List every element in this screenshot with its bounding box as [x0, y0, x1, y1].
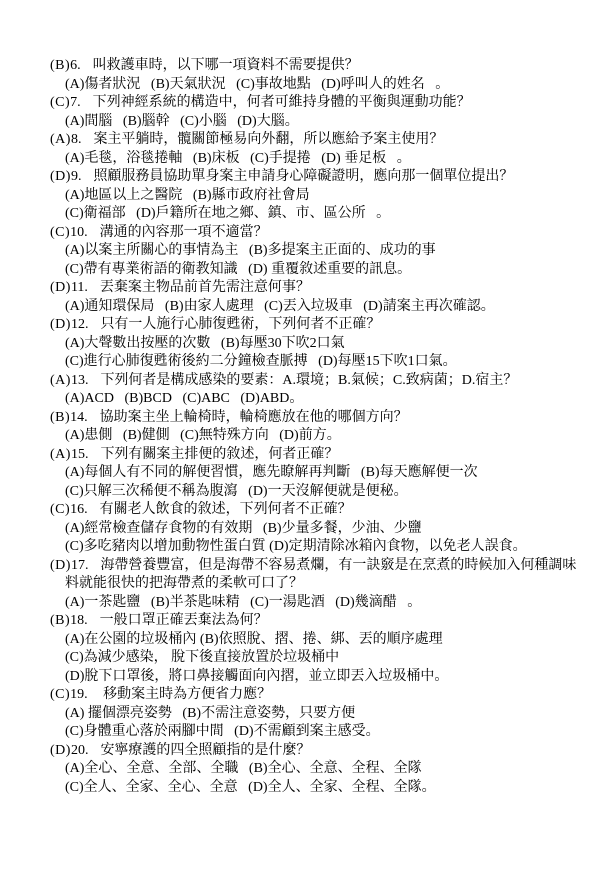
exam-page: (B)6.叫救護車時，以下哪一項資料不需要提供？(A)傷者狀況 (B)天氣狀況 …: [0, 0, 615, 872]
option-line: (C)衛福部 (D)戶籍所在地之鄉、鎮、市、區公所 。: [50, 205, 610, 224]
question-number: 6.: [70, 58, 81, 73]
question-stem-continuation: 料就能很快的把海帶煮的柔軟可口了？: [50, 575, 610, 594]
question-number: 14.: [70, 410, 88, 425]
question-header: (B)18.一般口罩正確丟棄法為何？: [50, 612, 610, 631]
option-line: (A)每個人有不同的解便習慣，應先瞭解再判斷 (B)每天應解便一次: [50, 464, 610, 483]
answer-key: (D): [50, 743, 71, 758]
question-number: 18.: [70, 613, 88, 628]
question-header: (C)19. 移動案主時為方便省力應？: [50, 686, 610, 705]
option-line: (A)一茶匙鹽 (B)半茶匙味精 (C)一湯匙酒 (D)幾滴醋 。: [50, 594, 610, 613]
question-number: 8.: [71, 132, 82, 147]
option-line: (A)通知環保局 (B)由家人處理 (C)丟入垃圾車 (D)請案主再次確認。: [50, 298, 610, 317]
answer-key: (B): [50, 58, 70, 73]
question-list: (B)6.叫救護車時，以下哪一項資料不需要提供？(A)傷者狀況 (B)天氣狀況 …: [50, 57, 610, 797]
answer-key: (A): [50, 447, 71, 462]
question: (A)15.下列有關案主排便的敘述，何者正確？(A)每個人有不同的解便習慣，應先…: [50, 446, 610, 502]
question-stem: 有關老人飲食的敘述，下列何者不正確？: [100, 502, 352, 517]
option-line: (C)進行心肺復甦術後約二分鐘檢查脈搏 (D)每壓15下吹1口氣。: [50, 353, 610, 372]
question-stem: 一般口罩正確丟棄法為何？: [100, 613, 268, 628]
question-number: 10.: [70, 225, 88, 240]
question-header: (D)9.照顧服務員協助單身案主申請身心障礙證明，應向那一個單位提出？: [50, 168, 610, 187]
answer-key: (C): [50, 502, 70, 517]
question: (A)13.下列何者是構成感染的要素：A.環境；B.氣候；C.致病菌；D.宿主？…: [50, 372, 610, 409]
question-number: 20.: [71, 743, 89, 758]
question-header: (D)12.只有一人施行心肺復甦術，下列何者不正確？: [50, 316, 610, 335]
question: (D)9.照顧服務員協助單身案主申請身心障礙證明，應向那一個單位提出？(A)地區…: [50, 168, 610, 224]
answer-key: (D): [50, 317, 71, 332]
question: (C)16.有關老人飲食的敘述，下列何者不正確？(A)經常檢查儲存食物的有效期 …: [50, 501, 610, 557]
question-number: 7.: [70, 95, 81, 110]
question: (D)20.安寧療護的四全照顧指的是什麼？(A)全心、全意、全部、全職 (B)全…: [50, 742, 610, 798]
question-stem: 下列有關案主排便的敘述，何者正確？: [100, 447, 338, 462]
question-stem: 溝通的內容那一項不適當？: [100, 225, 268, 240]
option-line: (C)多吃豬肉以增加動物性蛋白質 (D)定期清除冰箱內食物，以免老人誤食。: [50, 538, 610, 557]
question: (B)6.叫救護車時，以下哪一項資料不需要提供？(A)傷者狀況 (B)天氣狀況 …: [50, 57, 610, 94]
option-line: (A)大聲數出按壓的次數 (B)每壓30下吹2口氣: [50, 335, 610, 354]
question-number: 19.: [70, 687, 88, 702]
answer-key: (A): [50, 373, 71, 388]
question-number: 11.: [71, 280, 88, 295]
question: (C)10.溝通的內容那一項不適當？(A)以案主所關心的事情為主 (B)多提案主…: [50, 224, 610, 280]
question-header: (C)7.下列神經系統的構造中，何者可維持身體的平衡與運動功能？: [50, 94, 610, 113]
option-line: (C)帶有專業術語的衛教知識 (D) 重覆敘述重要的訊息。: [50, 261, 610, 280]
option-line: (A)毛毯，浴毯捲軸 (B)床板 (C)手提捲 (D) 垂足板 。: [50, 150, 610, 169]
option-line: (A)經常檢查儲存食物的有效期 (B)少量多餐，少油、少鹽: [50, 520, 610, 539]
answer-key: (C): [50, 687, 70, 702]
option-line: (A)間腦 (B)腦幹 (C)小腦 (D)大腦。: [50, 113, 610, 132]
question-header: (B)6.叫救護車時，以下哪一項資料不需要提供？: [50, 57, 610, 76]
question-stem: 海帶營養豐富，但是海帶不容易煮爛，有一訣竅是在烹煮的時候加入何種調味: [100, 558, 576, 573]
answer-key: (B): [50, 410, 70, 425]
question-header: (C)10.溝通的內容那一項不適當？: [50, 224, 610, 243]
answer-key: (D): [50, 558, 71, 573]
question-stem: 移動案主時為方便省力應？: [100, 687, 272, 702]
question: (D)17.海帶營養豐富，但是海帶不容易煮爛，有一訣竅是在烹煮的時候加入何種調味…: [50, 557, 610, 613]
question: (A)8.案主平躺時，髖關節極易向外翻，所以應給予案主使用？(A)毛毯，浴毯捲軸…: [50, 131, 610, 168]
answer-key: (A): [50, 132, 71, 147]
question: (B)14.協助案主坐上輪椅時，輪椅應放在他的哪個方向？(A)患側 (B)健側 …: [50, 409, 610, 446]
option-line: (C)身體重心落於兩腳中間 (D)不需顧到案主感受。: [50, 723, 610, 742]
question-number: 12.: [71, 317, 89, 332]
question-stem: 照顧服務員協助單身案主申請身心障礙證明，應向那一個單位提出？: [93, 169, 513, 184]
question-number: 15.: [71, 447, 89, 462]
option-line: (A)ACD (B)BCD (C)ABC (D)ABD。: [50, 390, 610, 409]
question-number: 9.: [71, 169, 82, 184]
question-number: 13.: [71, 373, 89, 388]
answer-key: (C): [50, 95, 70, 110]
option-line: (C)只解三次稀便不稱為腹瀉 (D)一天沒解便就是便秘。: [50, 483, 610, 502]
question-header: (C)16.有關老人飲食的敘述，下列何者不正確？: [50, 501, 610, 520]
question-stem: 丟棄案主物品前首先需注意何事？: [100, 280, 310, 295]
option-line: (A)傷者狀況 (B)天氣狀況 (C)事故地點 (D)呼叫人的姓名 。: [50, 76, 610, 95]
question-header: (D)11.丟棄案主物品前首先需注意何事？: [50, 279, 610, 298]
question: (D)12.只有一人施行心肺復甦術，下列何者不正確？(A)大聲數出按壓的次數 (…: [50, 316, 610, 372]
question-stem: 下列神經系統的構造中，何者可維持身體的平衡與運動功能？: [93, 95, 471, 110]
option-line: (D)脫下口罩後，將口鼻接觸面向內摺，並立即丟入垃圾桶中。: [50, 668, 610, 687]
option-line: (A)患側 (B)健側 (C)無特殊方向 (D)前方。: [50, 427, 610, 446]
question-header: (A)13.下列何者是構成感染的要素：A.環境；B.氣候；C.致病菌；D.宿主？: [50, 372, 610, 391]
question-number: 16.: [70, 502, 88, 517]
option-line: (C)全人、全家、全心、全意 (D)全人、全家、全程、全隊。: [50, 779, 610, 798]
question: (C)19. 移動案主時為方便省力應？(A) 擺個漂亮姿勢 (B)不需注意姿勢，…: [50, 686, 610, 742]
question-stem: 下列何者是構成感染的要素：A.環境；B.氣候；C.致病菌；D.宿主？: [100, 373, 517, 388]
answer-key: (B): [50, 613, 70, 628]
answer-key: (D): [50, 280, 71, 295]
option-line: (A)以案主所關心的事情為主 (B)多提案主正面的、成功的事: [50, 242, 610, 261]
question-header: (B)14.協助案主坐上輪椅時，輪椅應放在他的哪個方向？: [50, 409, 610, 428]
question: (D)11.丟棄案主物品前首先需注意何事？(A)通知環保局 (B)由家人處理 (…: [50, 279, 610, 316]
question-header: (A)8.案主平躺時，髖關節極易向外翻，所以應給予案主使用？: [50, 131, 610, 150]
question-stem: 只有一人施行心肺復甦術，下列何者不正確？: [100, 317, 380, 332]
question-header: (D)20.安寧療護的四全照顧指的是什麼？: [50, 742, 610, 761]
question-stem: 協助案主坐上輪椅時，輪椅應放在他的哪個方向？: [100, 410, 408, 425]
option-line: (A)在公園的垃圾桶內 (B)依照脫、摺、捲、綁、丟的順序處理: [50, 631, 610, 650]
question-stem: 安寧療護的四全照顧指的是什麼？: [100, 743, 310, 758]
question-stem: 叫救護車時，以下哪一項資料不需要提供？: [93, 58, 359, 73]
question-header: (A)15.下列有關案主排便的敘述，何者正確？: [50, 446, 610, 465]
question-header: (D)17.海帶營養豐富，但是海帶不容易煮爛，有一訣竅是在烹煮的時候加入何種調味: [50, 557, 610, 576]
option-line: (A)地區以上之醫院 (B)縣市政府社會局: [50, 187, 610, 206]
question: (B)18.一般口罩正確丟棄法為何？(A)在公園的垃圾桶內 (B)依照脫、摺、捲…: [50, 612, 610, 686]
question-stem: 案主平躺時，髖關節極易向外翻，所以應給予案主使用？: [93, 132, 443, 147]
question-number: 17.: [71, 558, 89, 573]
question: (C)7.下列神經系統的構造中，何者可維持身體的平衡與運動功能？(A)間腦 (B…: [50, 94, 610, 131]
option-line: (A) 擺個漂亮姿勢 (B)不需注意姿勢，只要方便: [50, 705, 610, 724]
option-line: (C)為減少感染， 脫下後直接放置於垃圾桶中: [50, 649, 610, 668]
option-line: (A)全心、全意、全部、全職 (B)全心、全意、全程、全隊: [50, 760, 610, 779]
answer-key: (C): [50, 225, 70, 240]
answer-key: (D): [50, 169, 71, 184]
